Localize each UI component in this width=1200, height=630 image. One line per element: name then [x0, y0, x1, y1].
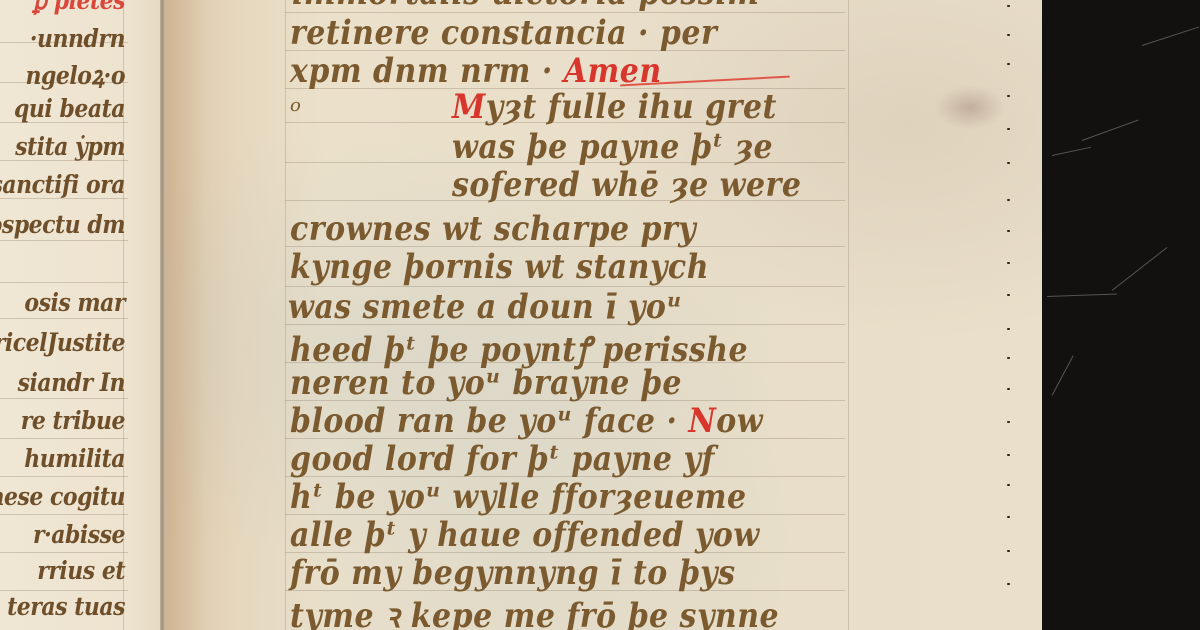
left-text-line: ricelJustite	[0, 328, 125, 358]
ruling-line	[0, 438, 128, 439]
left-text-line: humilita	[24, 444, 125, 474]
manuscript-photo: ꝑ pietes ·unndrn ngeloꝝ·o qui beata stit…	[0, 0, 1200, 630]
left-text-line: ngeloꝝ·o	[26, 58, 125, 93]
pricking-mark	[1007, 516, 1010, 518]
pricking-mark	[1007, 583, 1010, 585]
pricking-mark	[1007, 5, 1010, 7]
line-text: neren to yoᵘ brayne þe	[290, 364, 682, 403]
left-text-line: stita ẏpm	[15, 132, 125, 162]
line-text: ow	[716, 402, 763, 441]
left-text-line: re tribue	[21, 406, 125, 436]
text-line: was smete a doun ī yoᵘ	[288, 288, 683, 327]
gutter-shadow	[165, 0, 205, 630]
line-text: immortalis uictoria possim	[292, 0, 759, 13]
line-text: blood ran be yoᵘ face ·	[290, 402, 677, 441]
line-text: xpm dnm nrm ·	[290, 52, 553, 91]
left-text-line: ssanctifi ora	[0, 170, 125, 200]
pricking-mark	[1007, 388, 1010, 390]
left-text-line: ꝑ pietes	[33, 0, 125, 16]
line-text: sofered whē ȝe were	[452, 166, 801, 205]
pricking-mark	[1007, 162, 1010, 164]
ruling-line	[848, 0, 849, 630]
left-text-line: ·unndrn	[30, 24, 125, 54]
left-text-line: siandr In	[18, 368, 125, 398]
stain	[935, 85, 1005, 130]
text-line: immortalis uictoria possim	[292, 0, 759, 13]
ruling-line	[0, 590, 128, 591]
line-text: tyme ꝛ kepe me frō þe synne	[290, 597, 779, 630]
pricking-mark	[1007, 294, 1010, 296]
left-text-line: r·abisse	[33, 520, 125, 550]
ruling-line	[0, 552, 128, 553]
text-line: neren to yoᵘ brayne þe	[290, 364, 682, 403]
line-text: hᵗ be yoᵘ wylle fforȝeueme	[290, 478, 747, 517]
rubric-initial: N	[688, 402, 716, 441]
pricking-mark	[1007, 357, 1010, 359]
left-text-line: nese cogitu	[0, 482, 125, 512]
line-text: yȝt fulle ihu gret	[486, 88, 777, 127]
left-text-line: qui beata	[14, 94, 125, 124]
scratch	[1082, 120, 1139, 141]
left-text-line: osis mar	[24, 288, 125, 318]
ruling-line	[0, 514, 128, 515]
text-line: xpm dnm nrm · Amen	[290, 52, 662, 91]
pricking-mark	[1007, 484, 1010, 486]
pricking-mark	[1007, 63, 1010, 65]
pricking-mark	[1007, 34, 1010, 36]
line-text: frō my begynnyng ī to þys	[290, 554, 736, 593]
pricking-mark	[1007, 128, 1010, 130]
rubric-word: Amen	[564, 52, 662, 91]
scratch	[1047, 294, 1117, 297]
ruling-line	[285, 0, 286, 630]
pricking-mark	[1007, 550, 1010, 552]
scratch	[1142, 26, 1199, 45]
margin-mark: o	[290, 95, 301, 116]
text-line: frō my begynnyng ī to þys	[290, 554, 736, 593]
ruling-line	[0, 398, 128, 399]
left-leaf: ꝑ pietes ·unndrn ngeloꝝ·o qui beata stit…	[0, 0, 163, 630]
line-text: was þe payne þᵗ ȝe	[452, 128, 773, 167]
pricking-mark	[1007, 95, 1010, 97]
pricking-mark	[1007, 328, 1010, 330]
ruling-line	[0, 282, 128, 283]
scratch	[1052, 147, 1091, 156]
text-line: Myȝt fulle ihu gret	[452, 88, 777, 127]
text-line: hᵗ be yoᵘ wylle fforȝeueme	[290, 478, 747, 517]
pricking-mark	[1007, 262, 1010, 264]
text-line: crownes wt scharpe pry	[290, 210, 696, 249]
pricking-mark	[1007, 230, 1010, 232]
left-text-line: ospectu dm	[0, 210, 125, 240]
text-line: alle þᵗ y haue offended yow	[290, 516, 760, 555]
ruling-line	[0, 240, 128, 241]
line-text: good lord for þᵗ payne yf	[290, 440, 715, 479]
pricking-mark	[1007, 421, 1010, 423]
line-text: alle þᵗ y haue offended yow	[290, 516, 760, 555]
text-line: blood ran be yoᵘ face · Now	[290, 402, 763, 441]
pricking-mark	[1007, 454, 1010, 456]
text-line: good lord for þᵗ payne yf	[290, 440, 715, 479]
text-line: kynge þornis wt stanych	[290, 248, 709, 287]
ruling-line	[0, 318, 128, 319]
text-line: was þe payne þᵗ ȝe	[452, 128, 773, 167]
left-text-line: teras tuas	[7, 592, 125, 622]
scratch	[1112, 247, 1168, 291]
ruling-line	[0, 476, 128, 477]
black-backdrop	[1042, 0, 1200, 630]
line-text: was smete a doun ī yoᵘ	[288, 288, 683, 327]
pricking-mark	[1007, 199, 1010, 201]
line-text: retinere constancia · per	[290, 14, 717, 53]
left-text-line: rrius et	[37, 556, 125, 586]
scratch	[1052, 356, 1074, 396]
line-text: crownes wt scharpe pry	[290, 210, 696, 249]
text-line: tyme ꝛ kepe me frō þe synne	[290, 591, 779, 630]
text-line: retinere constancia · per	[290, 14, 717, 53]
rubric-initial: M	[452, 88, 486, 127]
text-line: sofered whē ȝe were	[452, 166, 801, 205]
line-text: kynge þornis wt stanych	[290, 248, 709, 287]
